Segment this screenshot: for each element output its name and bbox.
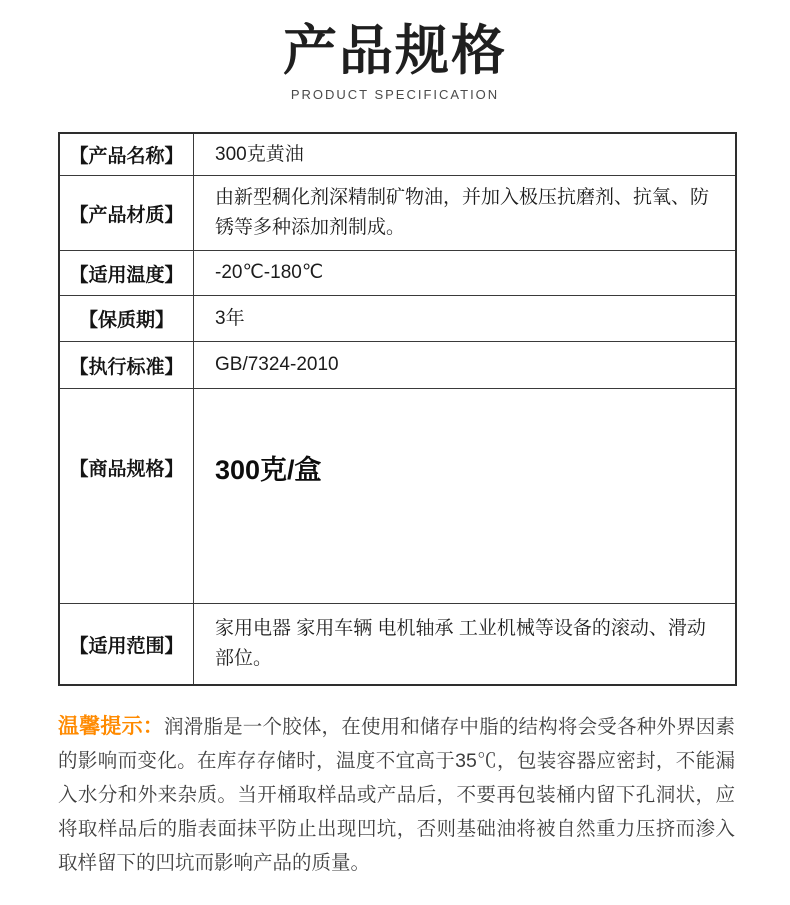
spec-value-highlight: 300克/盒 [194,389,735,603]
spec-value: 家用电器 家用车辆 电机轴承 工业机械等设备的滚动、滑动部位。 [194,604,735,684]
table-row-product-name: 【产品名称】 300克黄油 [60,134,735,175]
spec-table: 【产品名称】 300克黄油 【产品材质】 由新型稠化剂深精制矿物油，并加入极压抗… [58,132,737,686]
notice-text: 润滑脂是一个胶体，在使用和储存中脂的结构将会受各种外界因素的影响而变化。在库存存… [58,716,735,874]
spec-label: 【保质期】 [60,296,194,341]
page-header: 产品规格 PRODUCT SPECIFICATION [0,0,790,102]
table-row-shelf-life: 【保质期】 3年 [60,295,735,341]
spec-value: 由新型稠化剂深精制矿物油，并加入极压抗磨剂、抗氧、防锈等多种添加剂制成。 [194,176,735,250]
table-row-temperature: 【适用温度】 -20℃-180℃ [60,250,735,295]
spec-value: GB/7324-2010 [194,342,735,388]
notice-paragraph: 温馨提示：润滑脂是一个胶体，在使用和储存中脂的结构将会受各种外界因素的影响而变化… [58,710,735,880]
spec-value: -20℃-180℃ [194,251,735,295]
notice-label: 温馨提示： [58,715,164,738]
spec-label: 【产品材质】 [60,176,194,250]
page-title: 产品规格 [0,22,790,81]
spec-label: 【适用温度】 [60,251,194,295]
table-row-package-spec: 【商品规格】 300克/盒 [60,388,735,603]
table-row-standard: 【执行标准】 GB/7324-2010 [60,341,735,388]
spec-value: 300克黄油 [194,134,735,175]
spec-label: 【适用范围】 [60,604,194,684]
spec-label: 【商品规格】 [60,389,194,603]
spec-label: 【产品名称】 [60,134,194,175]
spec-value: 3年 [194,296,735,341]
page-subtitle: PRODUCT SPECIFICATION [0,87,790,102]
table-row-material: 【产品材质】 由新型稠化剂深精制矿物油，并加入极压抗磨剂、抗氧、防锈等多种添加剂… [60,175,735,250]
table-row-usage-scope: 【适用范围】 家用电器 家用车辆 电机轴承 工业机械等设备的滚动、滑动部位。 [60,603,735,684]
spec-label: 【执行标准】 [60,342,194,388]
